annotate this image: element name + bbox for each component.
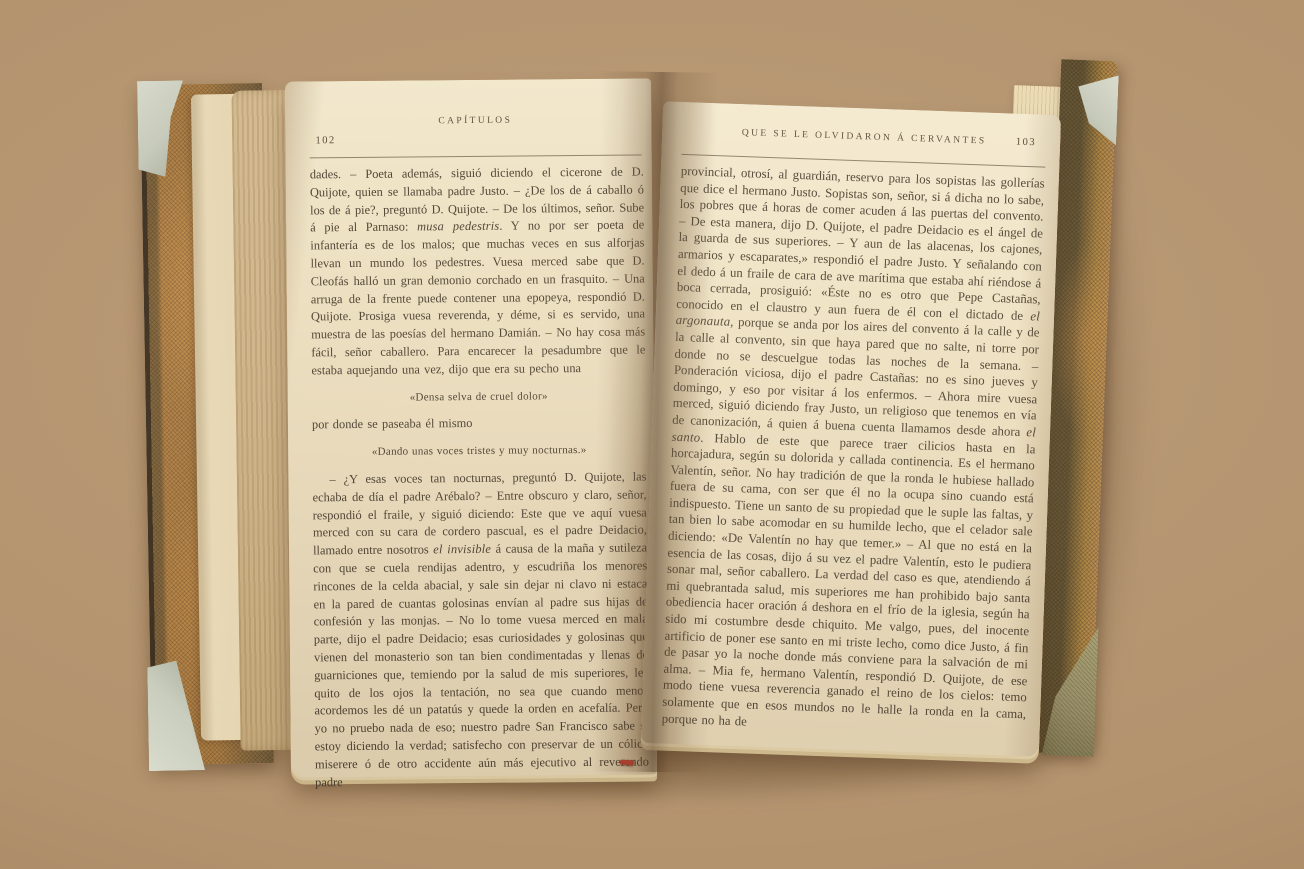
- right-page-header-row: QUE SE LE OLVIDARON Á CERVANTES 103: [681, 118, 1046, 168]
- left-page: CAPÍTULOS 102 dades. – Poeta además, sig…: [285, 78, 657, 777]
- page-number: 102: [315, 135, 335, 146]
- right-page: QUE SE LE OLVIDARON Á CERVANTES 103 prov…: [641, 101, 1061, 756]
- paragraph: dades. – Poeta además, siguió diciendo e…: [310, 163, 646, 379]
- worn-corner-top-right: [1076, 74, 1119, 145]
- worn-corner-top-left: [137, 80, 185, 177]
- running-header: CAPÍTULOS: [309, 115, 641, 128]
- paragraph: por donde se paseaba él mismo: [312, 414, 646, 435]
- page-text: dades. – Poeta además, siguió diciendo e…: [310, 163, 649, 791]
- cloth-corner-bottom-right: [1042, 625, 1099, 757]
- headband: [620, 760, 634, 766]
- book-photo: CAPÍTULOS 102 dades. – Poeta además, sig…: [0, 0, 1304, 869]
- verse-line: «Densa selva de cruel dolor»: [312, 387, 646, 408]
- verse-line: «Dando unas voces tristes y muy nocturna…: [312, 442, 646, 463]
- paragraph: – ¿Y esas voces tan nocturnas, preguntó …: [312, 468, 649, 791]
- page-number: 103: [1016, 137, 1037, 149]
- paragraph: provincial, otrosí, al guardián, reservo…: [661, 163, 1044, 740]
- left-page-header-row: CAPÍTULOS 102: [309, 109, 641, 159]
- running-header: QUE SE LE OLVIDARON Á CERVANTES: [682, 126, 1046, 149]
- worn-corner-bottom-left: [147, 660, 205, 771]
- page-text: provincial, otrosí, al guardián, reservo…: [661, 163, 1044, 740]
